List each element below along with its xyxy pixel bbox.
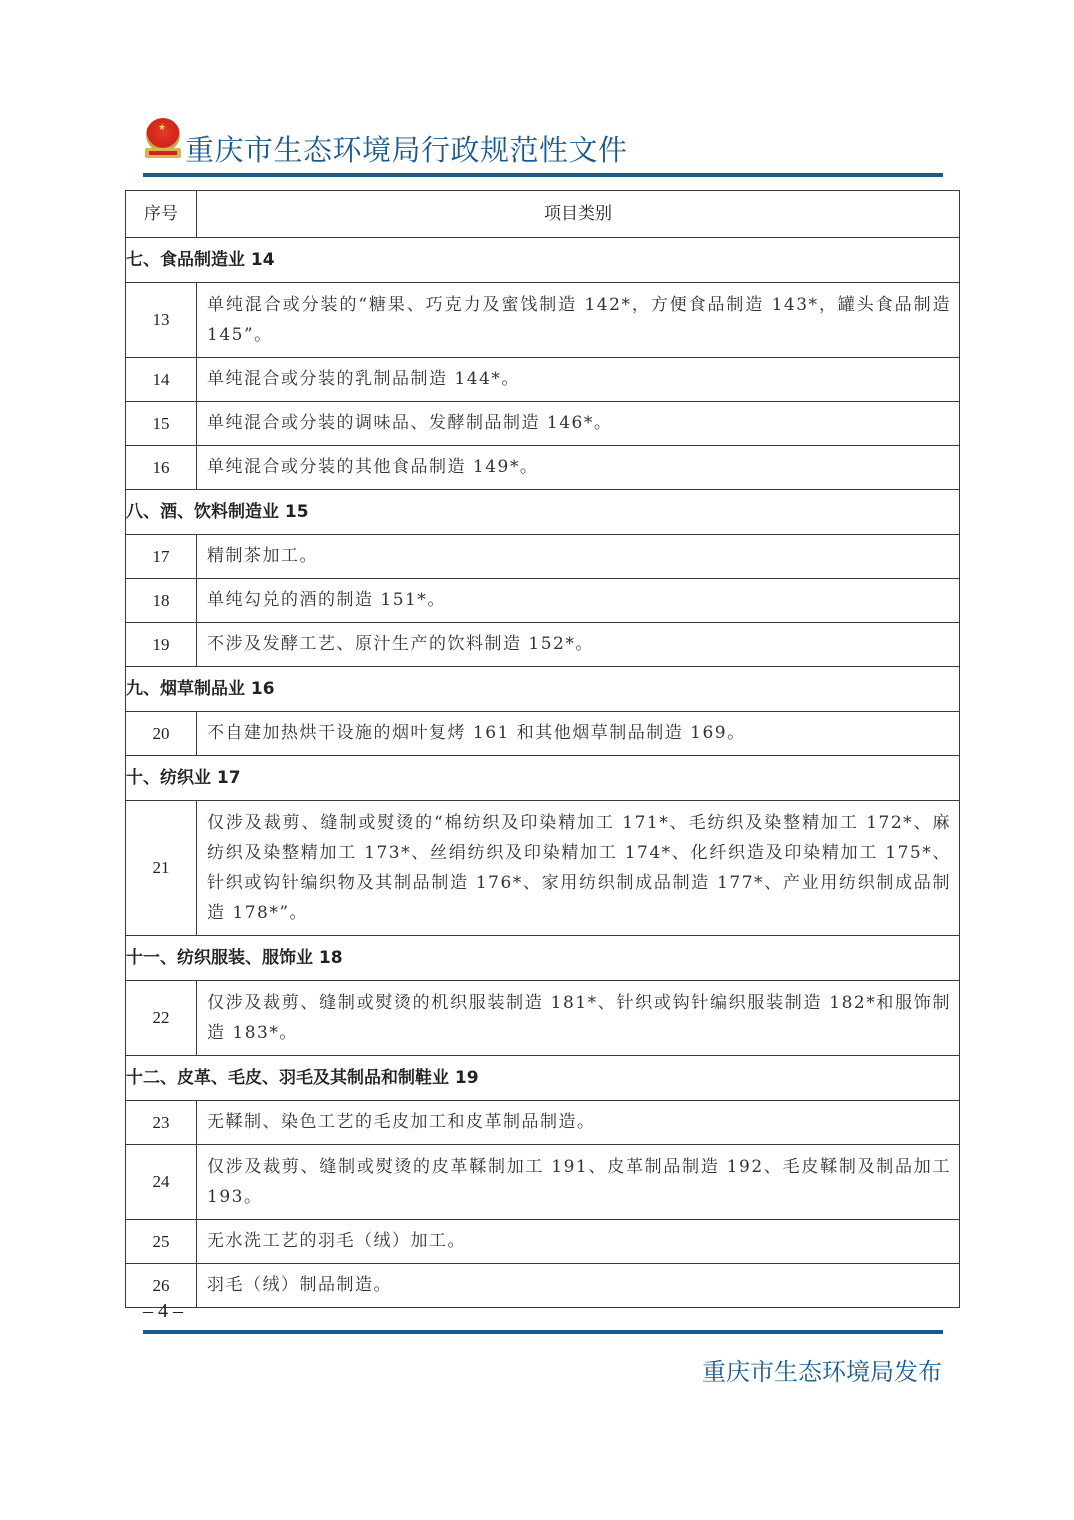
row-number: 14: [126, 358, 197, 402]
table-row: 13 单纯混合或分装的“糖果、巧克力及蜜饯制造 142*，方便食品制造 143*…: [126, 283, 960, 358]
row-number: 21: [126, 801, 197, 936]
national-emblem-icon: ★: [143, 118, 183, 162]
table-row: 16 单纯混合或分装的其他食品制造 149*。: [126, 446, 960, 490]
row-description: 无水洗工艺的羽毛（绒）加工。: [197, 1220, 960, 1264]
row-description: 单纯勾兑的酒的制造 151*。: [197, 579, 960, 623]
table-row: 17 精制茶加工。: [126, 535, 960, 579]
row-number: 23: [126, 1101, 197, 1145]
header-divider: [143, 173, 943, 177]
footer-divider: [143, 1330, 943, 1334]
project-category-table: 序号 项目类别 七、食品制造业 14 13 单纯混合或分装的“糖果、巧克力及蜜饯…: [125, 190, 960, 1308]
document-header: ★ 重庆市生态环境局行政规范性文件: [143, 118, 628, 170]
section-row: 九、烟草制品业 16: [126, 667, 960, 712]
row-description: 羽毛（绒）制品制造。: [197, 1264, 960, 1308]
table-row: 26 羽毛（绒）制品制造。: [126, 1264, 960, 1308]
row-number: 22: [126, 981, 197, 1056]
row-number: 25: [126, 1220, 197, 1264]
table-row: 18 单纯勾兑的酒的制造 151*。: [126, 579, 960, 623]
table-row: 21 仅涉及裁剪、缝制或熨烫的“棉纺织及印染精加工 171*、毛纺织及染整精加工…: [126, 801, 960, 936]
section-title: 十、纺织业 17: [126, 756, 960, 801]
section-title: 十一、纺织服装、服饰业 18: [126, 936, 960, 981]
row-description: 仅涉及裁剪、缝制或熨烫的“棉纺织及印染精加工 171*、毛纺织及染整精加工 17…: [197, 801, 960, 936]
section-row: 十、纺织业 17: [126, 756, 960, 801]
row-number: 19: [126, 623, 197, 667]
row-number: 20: [126, 712, 197, 756]
section-title: 十二、皮革、毛皮、羽毛及其制品和制鞋业 19: [126, 1056, 960, 1101]
table-row: 14 单纯混合或分装的乳制品制造 144*。: [126, 358, 960, 402]
row-description: 单纯混合或分装的乳制品制造 144*。: [197, 358, 960, 402]
row-number: 13: [126, 283, 197, 358]
section-row: 八、酒、饮料制造业 15: [126, 490, 960, 535]
row-description: 单纯混合或分装的其他食品制造 149*。: [197, 446, 960, 490]
row-number: 15: [126, 402, 197, 446]
row-description: 仅涉及裁剪、缝制或熨烫的皮革鞣制加工 191、皮革制品制造 192、毛皮鞣制及制…: [197, 1145, 960, 1220]
row-number: 16: [126, 446, 197, 490]
table-row: 24 仅涉及裁剪、缝制或熨烫的皮革鞣制加工 191、皮革制品制造 192、毛皮鞣…: [126, 1145, 960, 1220]
page-number: – 4 –: [143, 1300, 183, 1323]
table-row: 23 无鞣制、染色工艺的毛皮加工和皮革制品制造。: [126, 1101, 960, 1145]
row-number: 24: [126, 1145, 197, 1220]
row-number: 17: [126, 535, 197, 579]
row-description: 精制茶加工。: [197, 535, 960, 579]
row-number: 18: [126, 579, 197, 623]
table-row: 19 不涉及发酵工艺、原汁生产的饮料制造 152*。: [126, 623, 960, 667]
row-description: 不涉及发酵工艺、原汁生产的饮料制造 152*。: [197, 623, 960, 667]
section-row: 十一、纺织服装、服饰业 18: [126, 936, 960, 981]
section-row: 十二、皮革、毛皮、羽毛及其制品和制鞋业 19: [126, 1056, 960, 1101]
table-row: 22 仅涉及裁剪、缝制或熨烫的机织服装制造 181*、针织或钩针编织服装制造 1…: [126, 981, 960, 1056]
section-title: 八、酒、饮料制造业 15: [126, 490, 960, 535]
table-row: 25 无水洗工艺的羽毛（绒）加工。: [126, 1220, 960, 1264]
table-row: 20 不自建加热烘干设施的烟叶复烤 161 和其他烟草制品制造 169。: [126, 712, 960, 756]
table-header-row: 序号 项目类别: [126, 191, 960, 238]
table-row: 15 单纯混合或分装的调味品、发酵制品制造 146*。: [126, 402, 960, 446]
row-description: 单纯混合或分装的调味品、发酵制品制造 146*。: [197, 402, 960, 446]
column-header-number: 序号: [126, 191, 197, 238]
row-description: 不自建加热烘干设施的烟叶复烤 161 和其他烟草制品制造 169。: [197, 712, 960, 756]
column-header-category: 项目类别: [197, 191, 960, 238]
publisher-label: 重庆市生态环境局发布: [702, 1352, 942, 1387]
section-row: 七、食品制造业 14: [126, 238, 960, 283]
header-title: 重庆市生态环境局行政规范性文件: [185, 130, 628, 170]
section-title: 七、食品制造业 14: [126, 238, 960, 283]
row-description: 单纯混合或分装的“糖果、巧克力及蜜饯制造 142*，方便食品制造 143*，罐头…: [197, 283, 960, 358]
row-description: 仅涉及裁剪、缝制或熨烫的机织服装制造 181*、针织或钩针编织服装制造 182*…: [197, 981, 960, 1056]
section-title: 九、烟草制品业 16: [126, 667, 960, 712]
row-description: 无鞣制、染色工艺的毛皮加工和皮革制品制造。: [197, 1101, 960, 1145]
